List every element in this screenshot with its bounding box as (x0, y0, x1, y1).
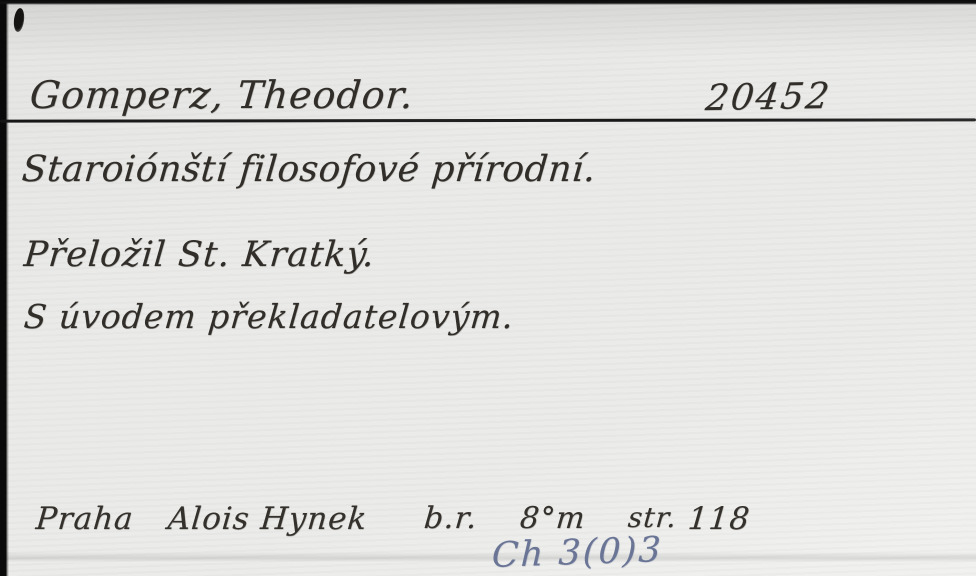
imprint-publisher: Alois Hynek (167, 504, 369, 535)
scan-top-shading (0, 0, 976, 56)
ink-blot-mark (13, 7, 26, 32)
catalog-number: 20452 (704, 79, 833, 117)
imprint-format: 8°m (519, 504, 587, 534)
note-line: S úvodem překladatelovým. (23, 300, 516, 333)
book-title: Staroiónští filosofové přírodní. (20, 152, 597, 188)
catalog-card: Gomperz, Theodor. 20452 Staroiónští filo… (0, 0, 976, 576)
scan-bottom-crease (0, 552, 976, 563)
imprint-place: Praha (35, 504, 135, 535)
scan-edge-top (0, 0, 976, 5)
header-rule (0, 118, 976, 122)
translator-line: Přeložil St. Kratký. (22, 238, 376, 273)
classification-mark: Ch 3(0)3 (491, 533, 663, 574)
imprint-year: b.r. (423, 504, 479, 534)
scan-edge-left (0, 0, 9, 576)
imprint-pages: 118 (687, 504, 752, 535)
imprint-pages-label: str. (627, 504, 678, 532)
author-heading: Gomperz, Theodor. (28, 76, 415, 114)
